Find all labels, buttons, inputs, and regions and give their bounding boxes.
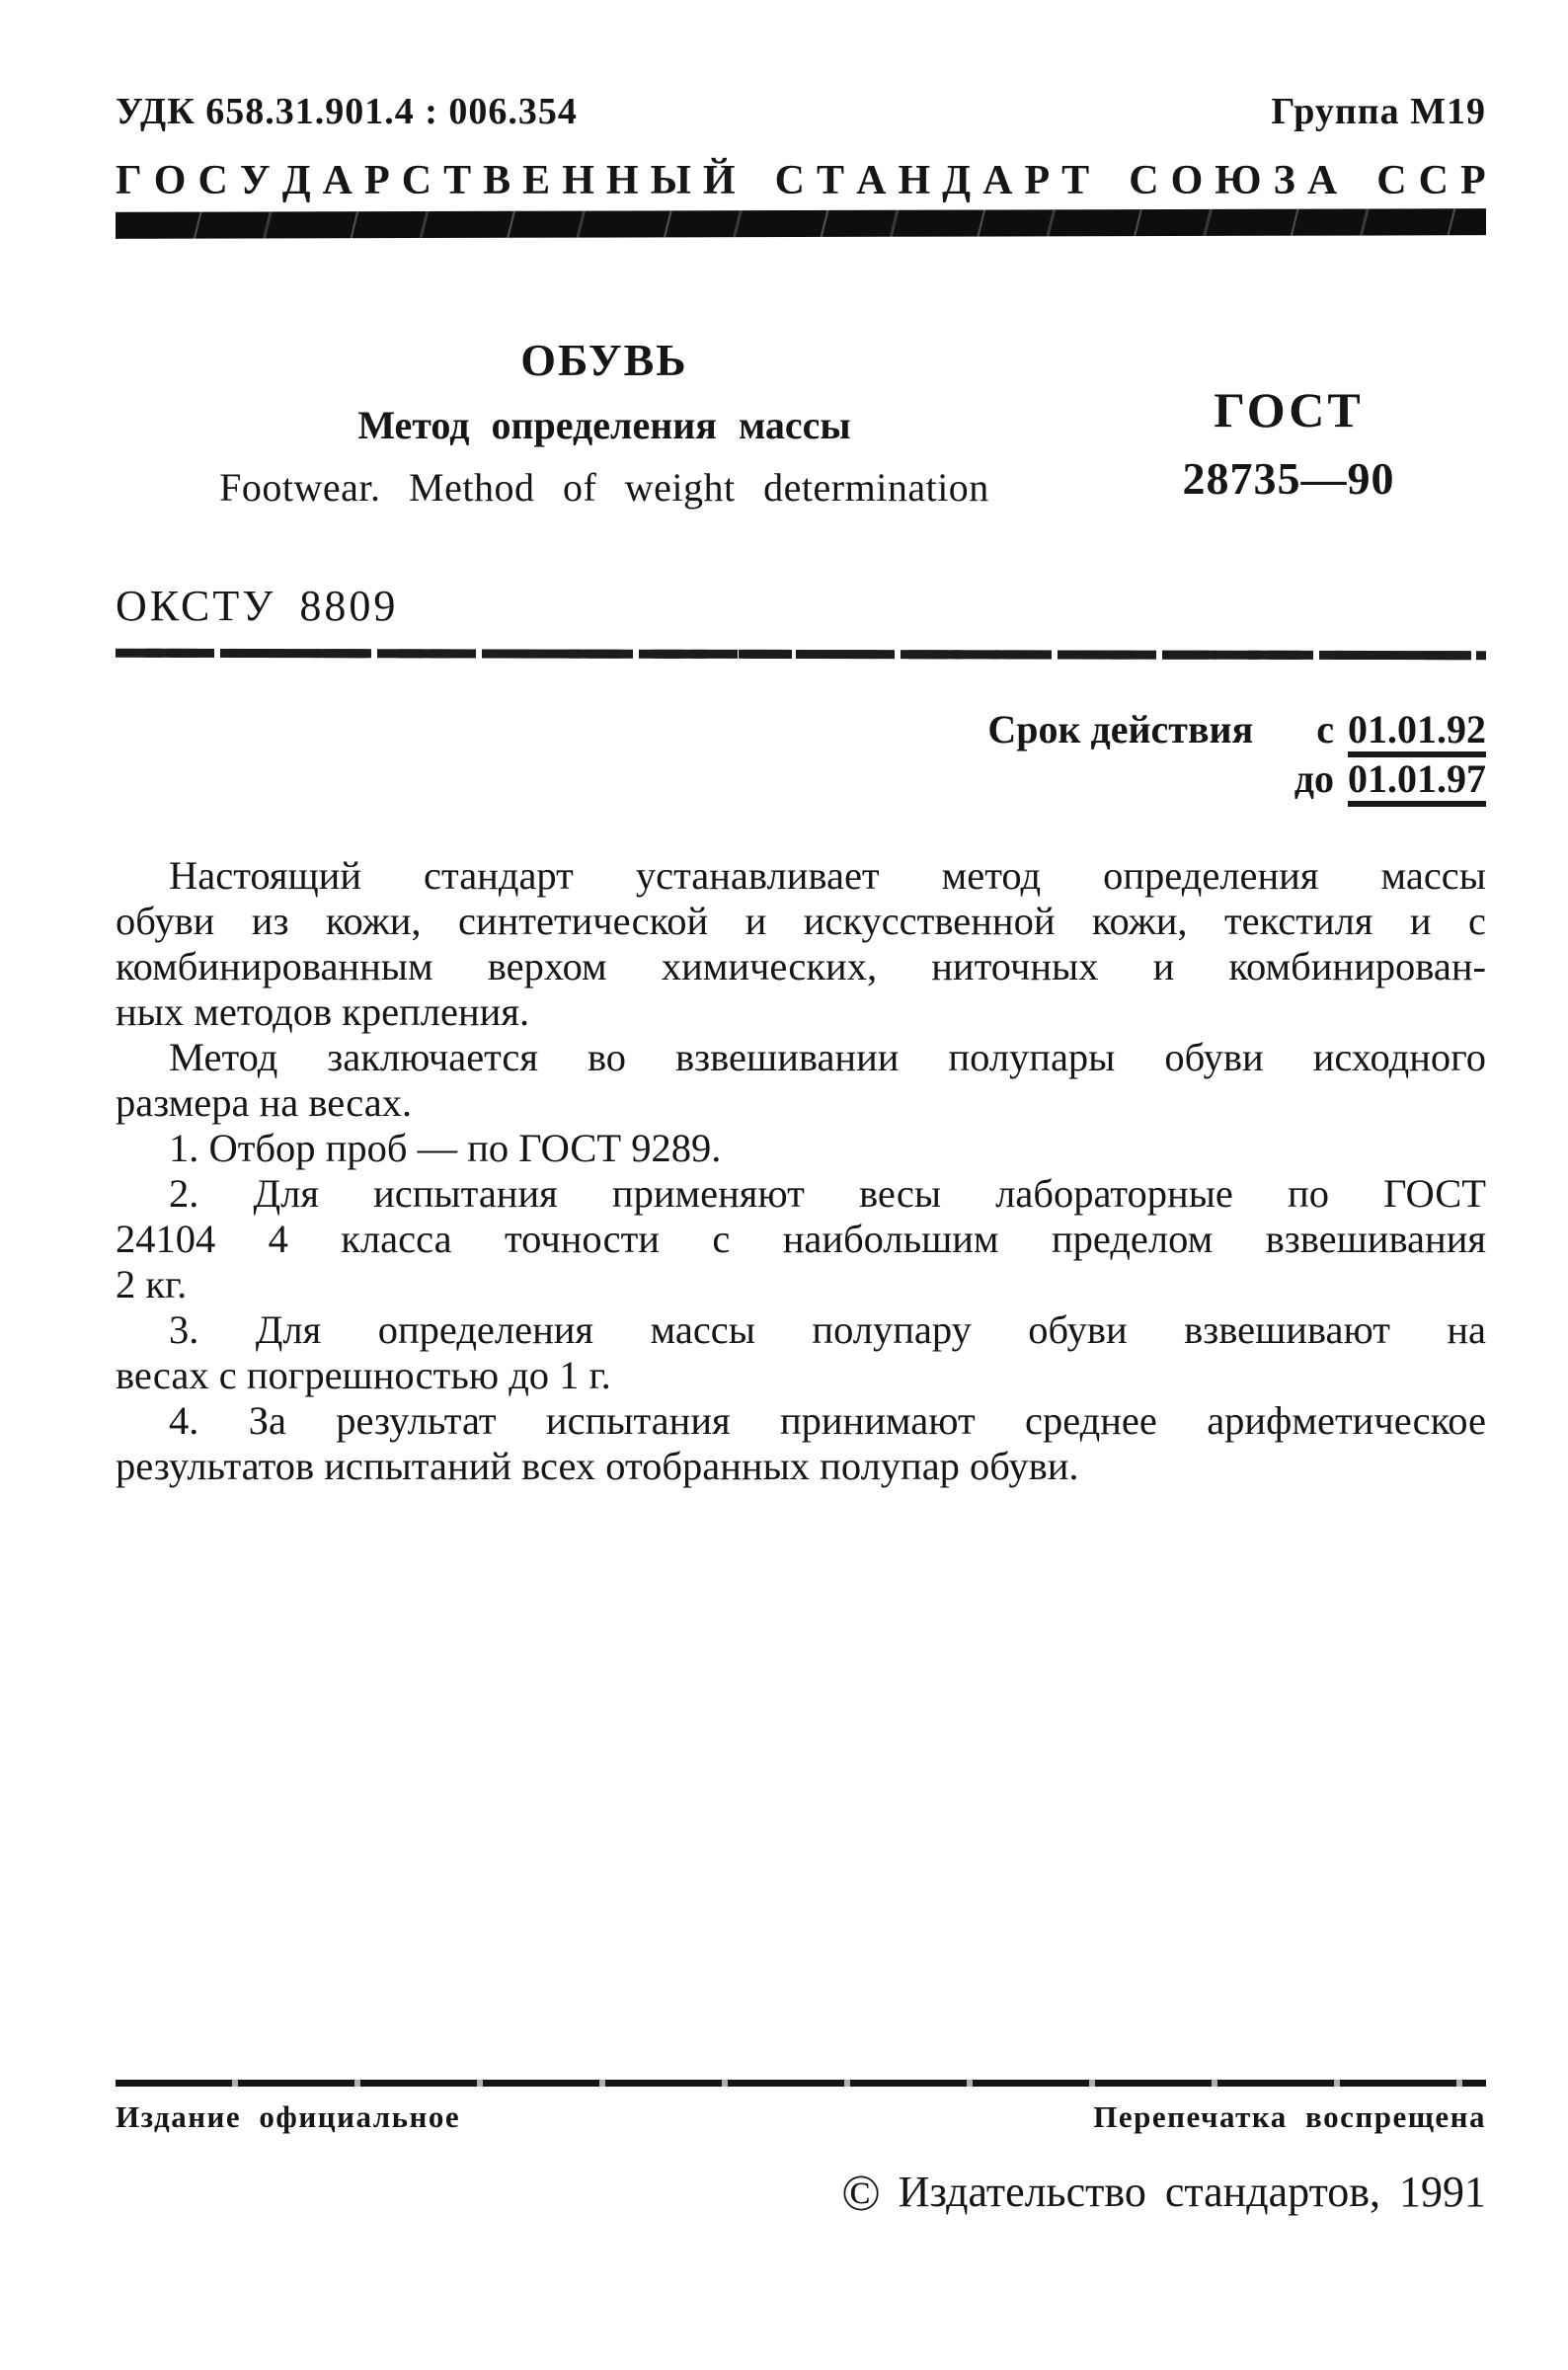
- body-line: размера на весах.: [116, 1080, 1486, 1126]
- decorative-rule: [116, 649, 1486, 660]
- copyright-text: Издательство стандартов, 1991: [899, 2168, 1486, 2216]
- state-standard-header: ГОСУДАРСТВЕННЫЙ СТАНДАРТ СОЮЗА ССР: [116, 158, 1486, 203]
- udk-code: УДК 658.31.901.4 : 006.354: [116, 91, 578, 132]
- edition-note: Издание официальное: [116, 2097, 460, 2137]
- body-line: 2 кг.: [116, 1262, 1486, 1307]
- body-line: весах с погрешностью до 1 г.: [116, 1353, 1486, 1398]
- body-line: комбинированным верхом химических, ниточ…: [116, 944, 1486, 989]
- validity-to-line: до01.01.97: [987, 754, 1486, 804]
- body-line: 24104 4 класса точности с наибольшим пре…: [116, 1217, 1486, 1262]
- gost-standard-page: УДК 658.31.901.4 : 006.354 Группа М19 ГО…: [0, 0, 1568, 2370]
- gost-label: ГОСТ: [1175, 381, 1402, 438]
- document-title: ОБУВЬ: [116, 334, 1093, 386]
- body-line: 2. Для испытания применяют весы лаборато…: [116, 1171, 1486, 1217]
- body-line: 1. Отбор проб — по ГОСТ 9289.: [116, 1126, 1486, 1171]
- classification-row: УДК 658.31.901.4 : 006.354 Группа М19: [116, 91, 1486, 132]
- okstu-code: ОКСТУ 8809: [116, 581, 398, 631]
- validity-from-prefix: с: [1316, 707, 1334, 751]
- validity-label: Срок действия: [987, 707, 1253, 751]
- footer-row: Издание официальное Перепечатка воспреще…: [116, 2097, 1486, 2137]
- body-line: 3. Для определения массы полупару обуви …: [116, 1307, 1486, 1353]
- copyright-line: ©Издательство стандартов, 1991: [841, 2161, 1486, 2226]
- gost-number: 28735—90: [1136, 452, 1442, 505]
- validity-from-date: 01.01.92: [1348, 707, 1486, 751]
- body-line: 4. За результат испытания принимают сред…: [116, 1398, 1486, 1444]
- group-code: Группа М19: [1271, 91, 1486, 132]
- document-subtitle-en: Footwear. Method of weight determination: [116, 464, 1093, 511]
- body-line: Метод заключается во взвешивании полупар…: [116, 1035, 1486, 1080]
- reprint-note: Перепечатка воспрещена: [1093, 2097, 1486, 2137]
- body-line: результатов испытаний всех отобранных по…: [116, 1444, 1486, 1489]
- body-line: обуви из кожи, синтетической и искусстве…: [116, 899, 1486, 944]
- validity-to-prefix: до: [1294, 756, 1334, 801]
- body-line: Настоящий стандарт устанавливает метод о…: [116, 853, 1486, 899]
- validity-to-date: 01.01.97: [1348, 756, 1486, 801]
- document-subtitle-ru: Метод определения массы: [116, 402, 1093, 448]
- footer-divider-rule: [116, 2080, 1486, 2087]
- copyright-icon: ©: [841, 2166, 881, 2222]
- validity-block: Срок действияс01.01.92 до01.01.97: [987, 705, 1486, 804]
- validity-from-line: Срок действияс01.01.92: [987, 705, 1486, 754]
- body-line: ных методов крепления.: [116, 989, 1486, 1035]
- header-divider-bar: [116, 208, 1486, 239]
- body-text: Настоящий стандарт устанавливает метод о…: [116, 853, 1486, 1489]
